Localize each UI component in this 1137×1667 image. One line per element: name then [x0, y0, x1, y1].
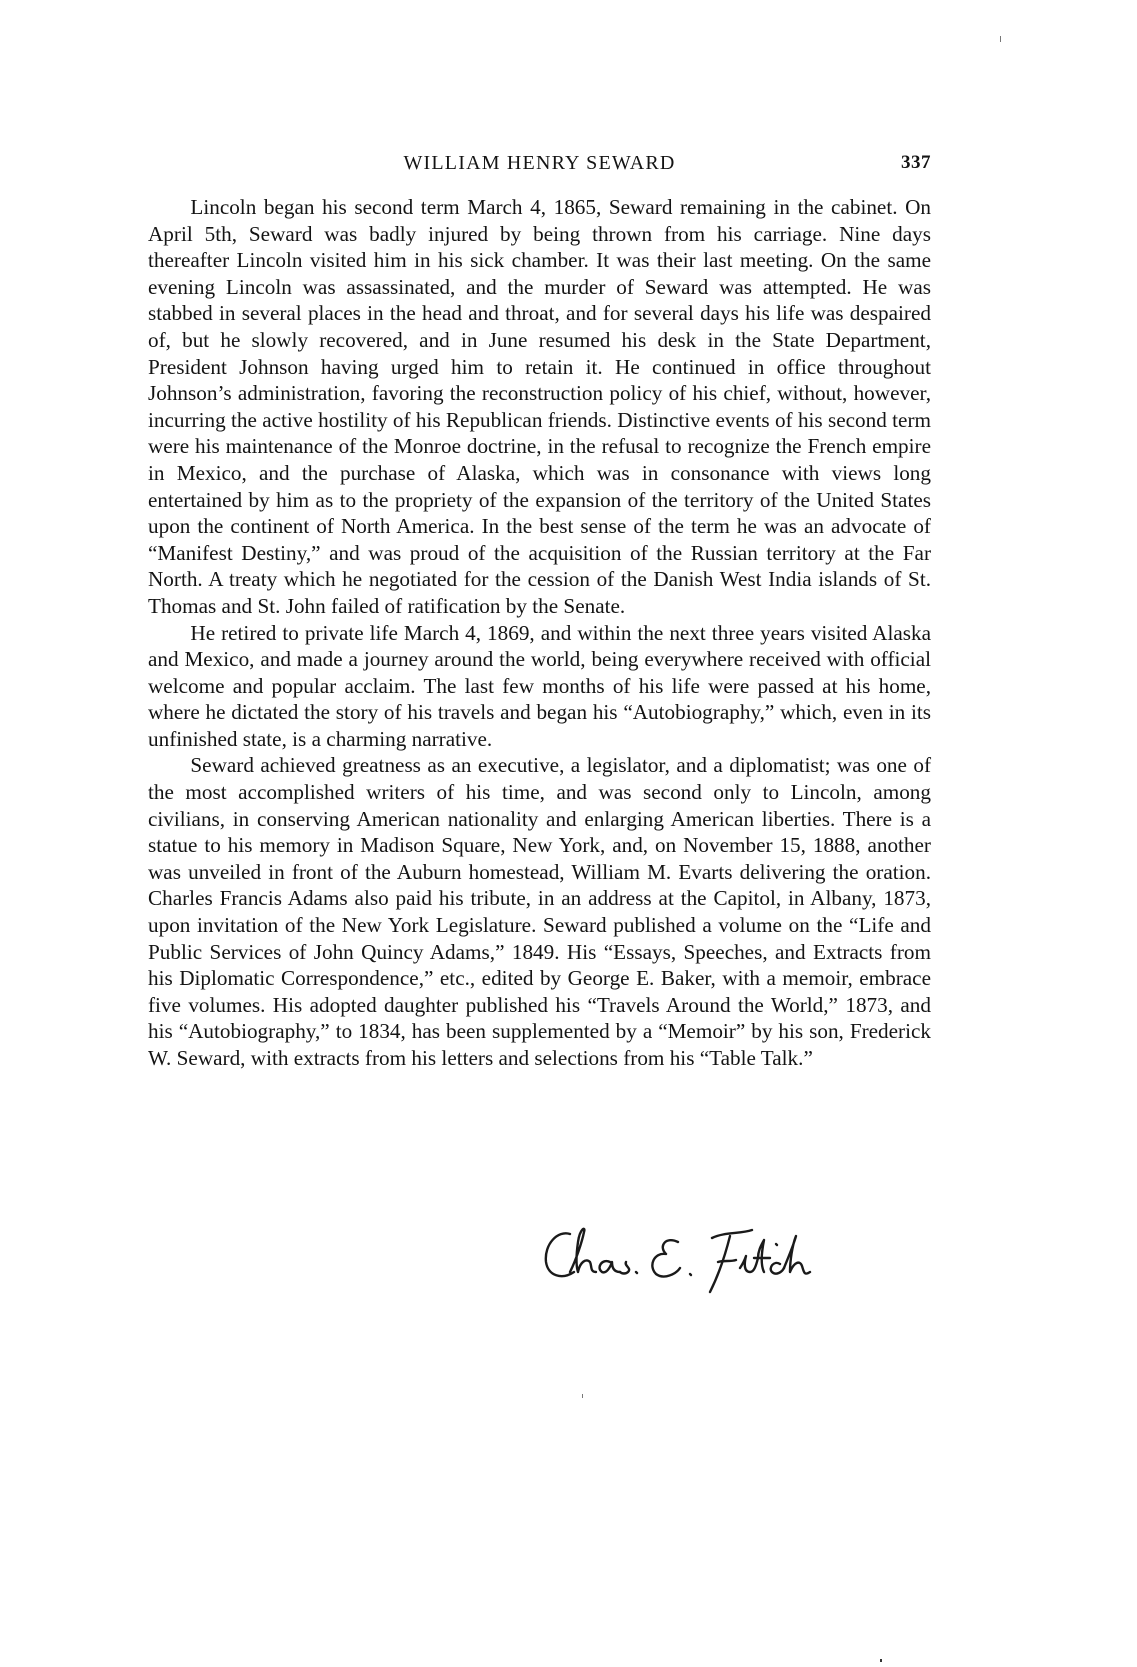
- scan-mark: [1000, 36, 1001, 42]
- paragraph: Seward achieved greatness as an executiv…: [148, 752, 931, 1071]
- page-number: 337: [901, 152, 931, 174]
- signature-icon: Chas. E. Fitch: [540, 1222, 920, 1302]
- scan-mark: [582, 1394, 583, 1398]
- handwritten-signature: Chas. E. Fitch: [540, 1222, 920, 1302]
- document-page: WILLIAM HENRY SEWARD 337 Lincoln began h…: [148, 150, 931, 1072]
- body-text: Lincoln began his second term March 4, 1…: [148, 194, 931, 1072]
- scan-mark: [880, 1659, 882, 1662]
- running-head: WILLIAM HENRY SEWARD 337: [148, 150, 931, 180]
- paragraph: He retired to private life March 4, 1869…: [148, 620, 931, 753]
- running-title: WILLIAM HENRY SEWARD: [148, 152, 931, 175]
- paragraph: Lincoln began his second term March 4, 1…: [148, 194, 931, 620]
